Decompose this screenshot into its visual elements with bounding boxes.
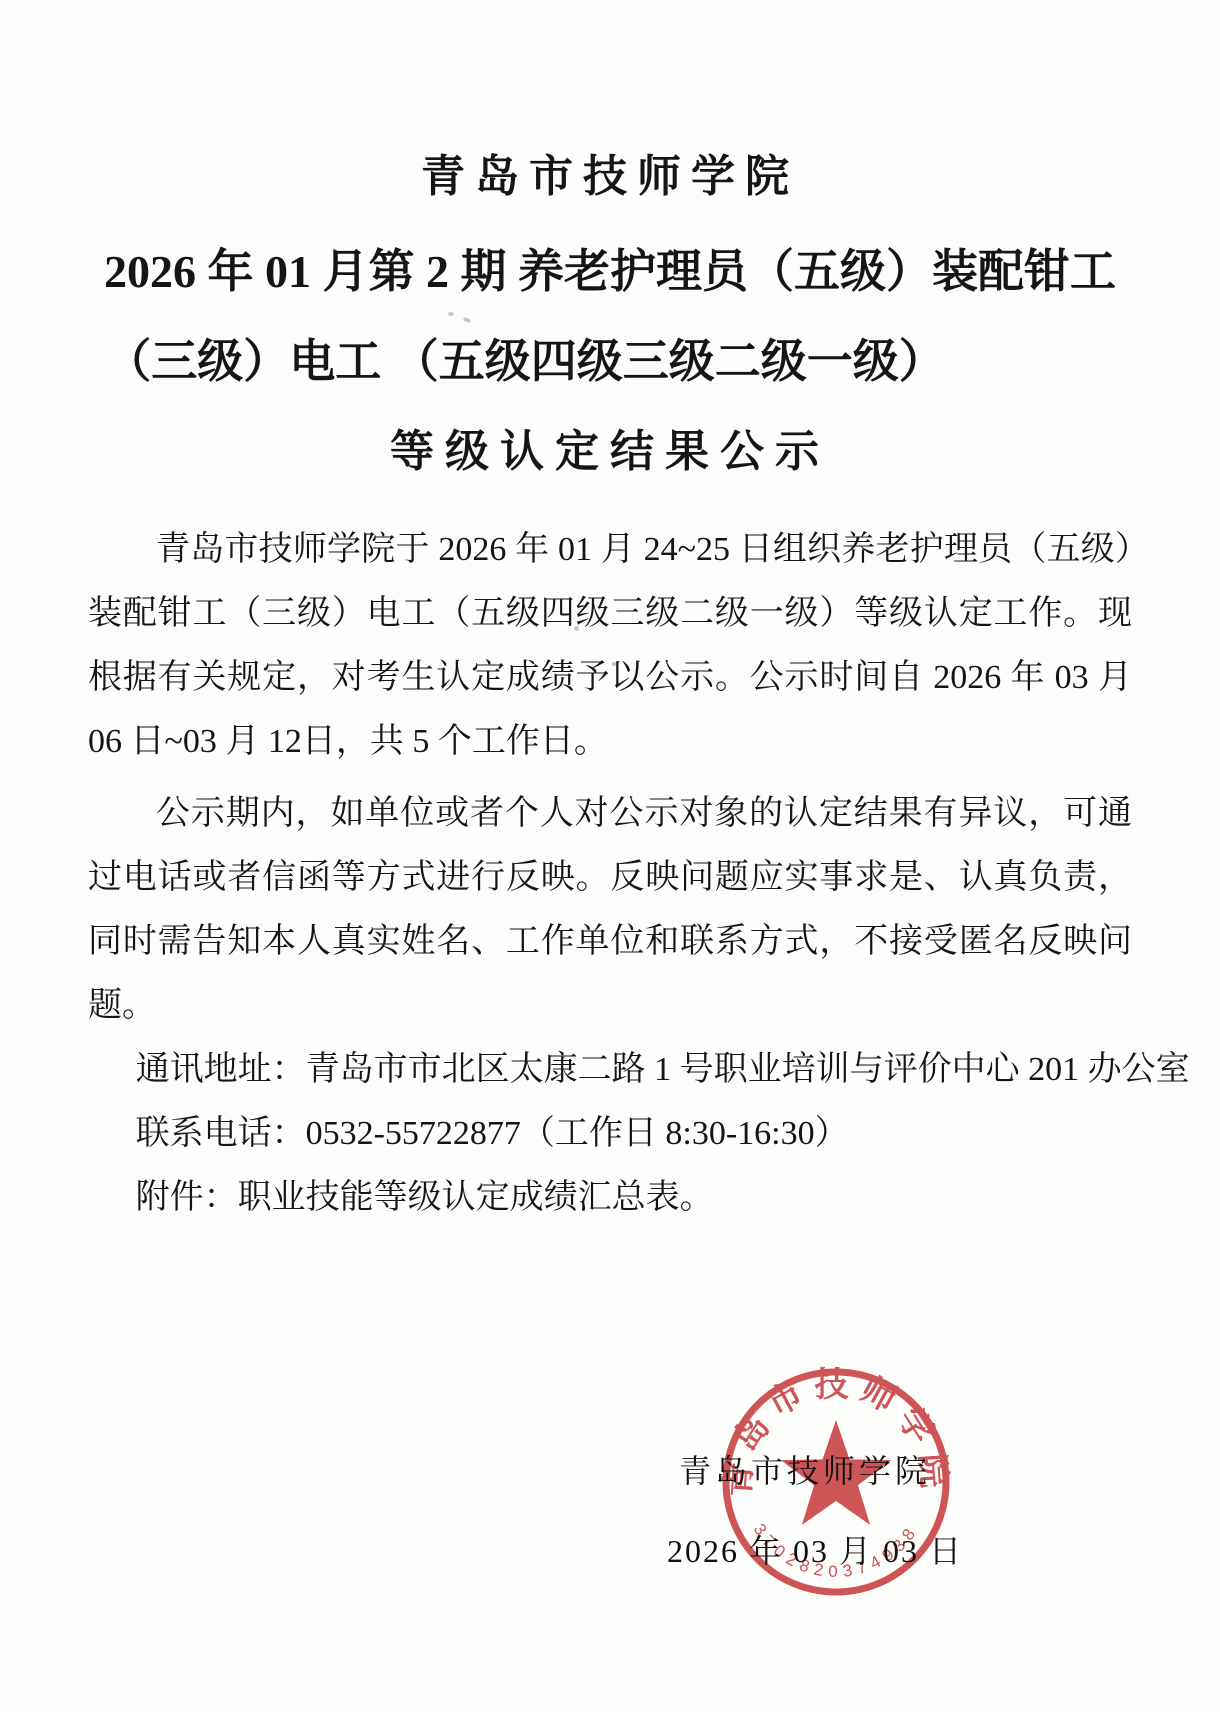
page-title: 青岛市技师学院 [88,152,1132,202]
attachment-note: 附件：职业技能等级认定成绩汇总表。 [88,1166,1132,1230]
seal-star-icon [781,1420,891,1525]
paragraph-1: 青岛市技师学院于 2026 年 01 月 24~25 日组织养老护理员（五级）装… [88,518,1132,774]
contact-address: 通讯地址：青岛市市北区太康二路 1 号职业培训与评价中心 201 办公室 [88,1038,1132,1102]
seal-code: 3702820374938 [750,1520,923,1581]
heading-line-3: 等级认定结果公示 [88,407,1132,497]
signature-date: 2026 年 03 月 03 日 [605,1530,1025,1572]
heading-line-2: （三级）电工 （五级四级三级二级一级） [3,317,1047,407]
heading-line-1: 2026 年 01 月第 2 期 养老护理员（五级）装配钳工 [88,227,1132,317]
paragraph-2: 公示期内，如单位或者个人对公示对象的认定结果有异议，可通过电话或者信函等方式进行… [88,782,1132,1038]
document-body: 青岛市技师学院 2026 年 01 月第 2 期 养老护理员（五级）装配钳工 （… [0,0,1220,1230]
scan-artifact [612,662,616,666]
seal-ring-text: 青岛市技师学院 [719,1366,953,1498]
scan-artifact [574,626,579,631]
contact-phone: 联系电话：0532-55722877（工作日 8:30-16:30） [88,1102,1132,1166]
official-seal-stamp: 青岛市技师学院 3702820374938 [706,1352,966,1612]
scan-artifact [448,312,454,316]
seal-ring [726,1372,946,1592]
signature-org: 青岛市技师学院 [605,1450,1005,1492]
document-page: 青岛市技师学院 2026 年 01 月第 2 期 养老护理员（五级）装配钳工 （… [0,0,1220,1712]
